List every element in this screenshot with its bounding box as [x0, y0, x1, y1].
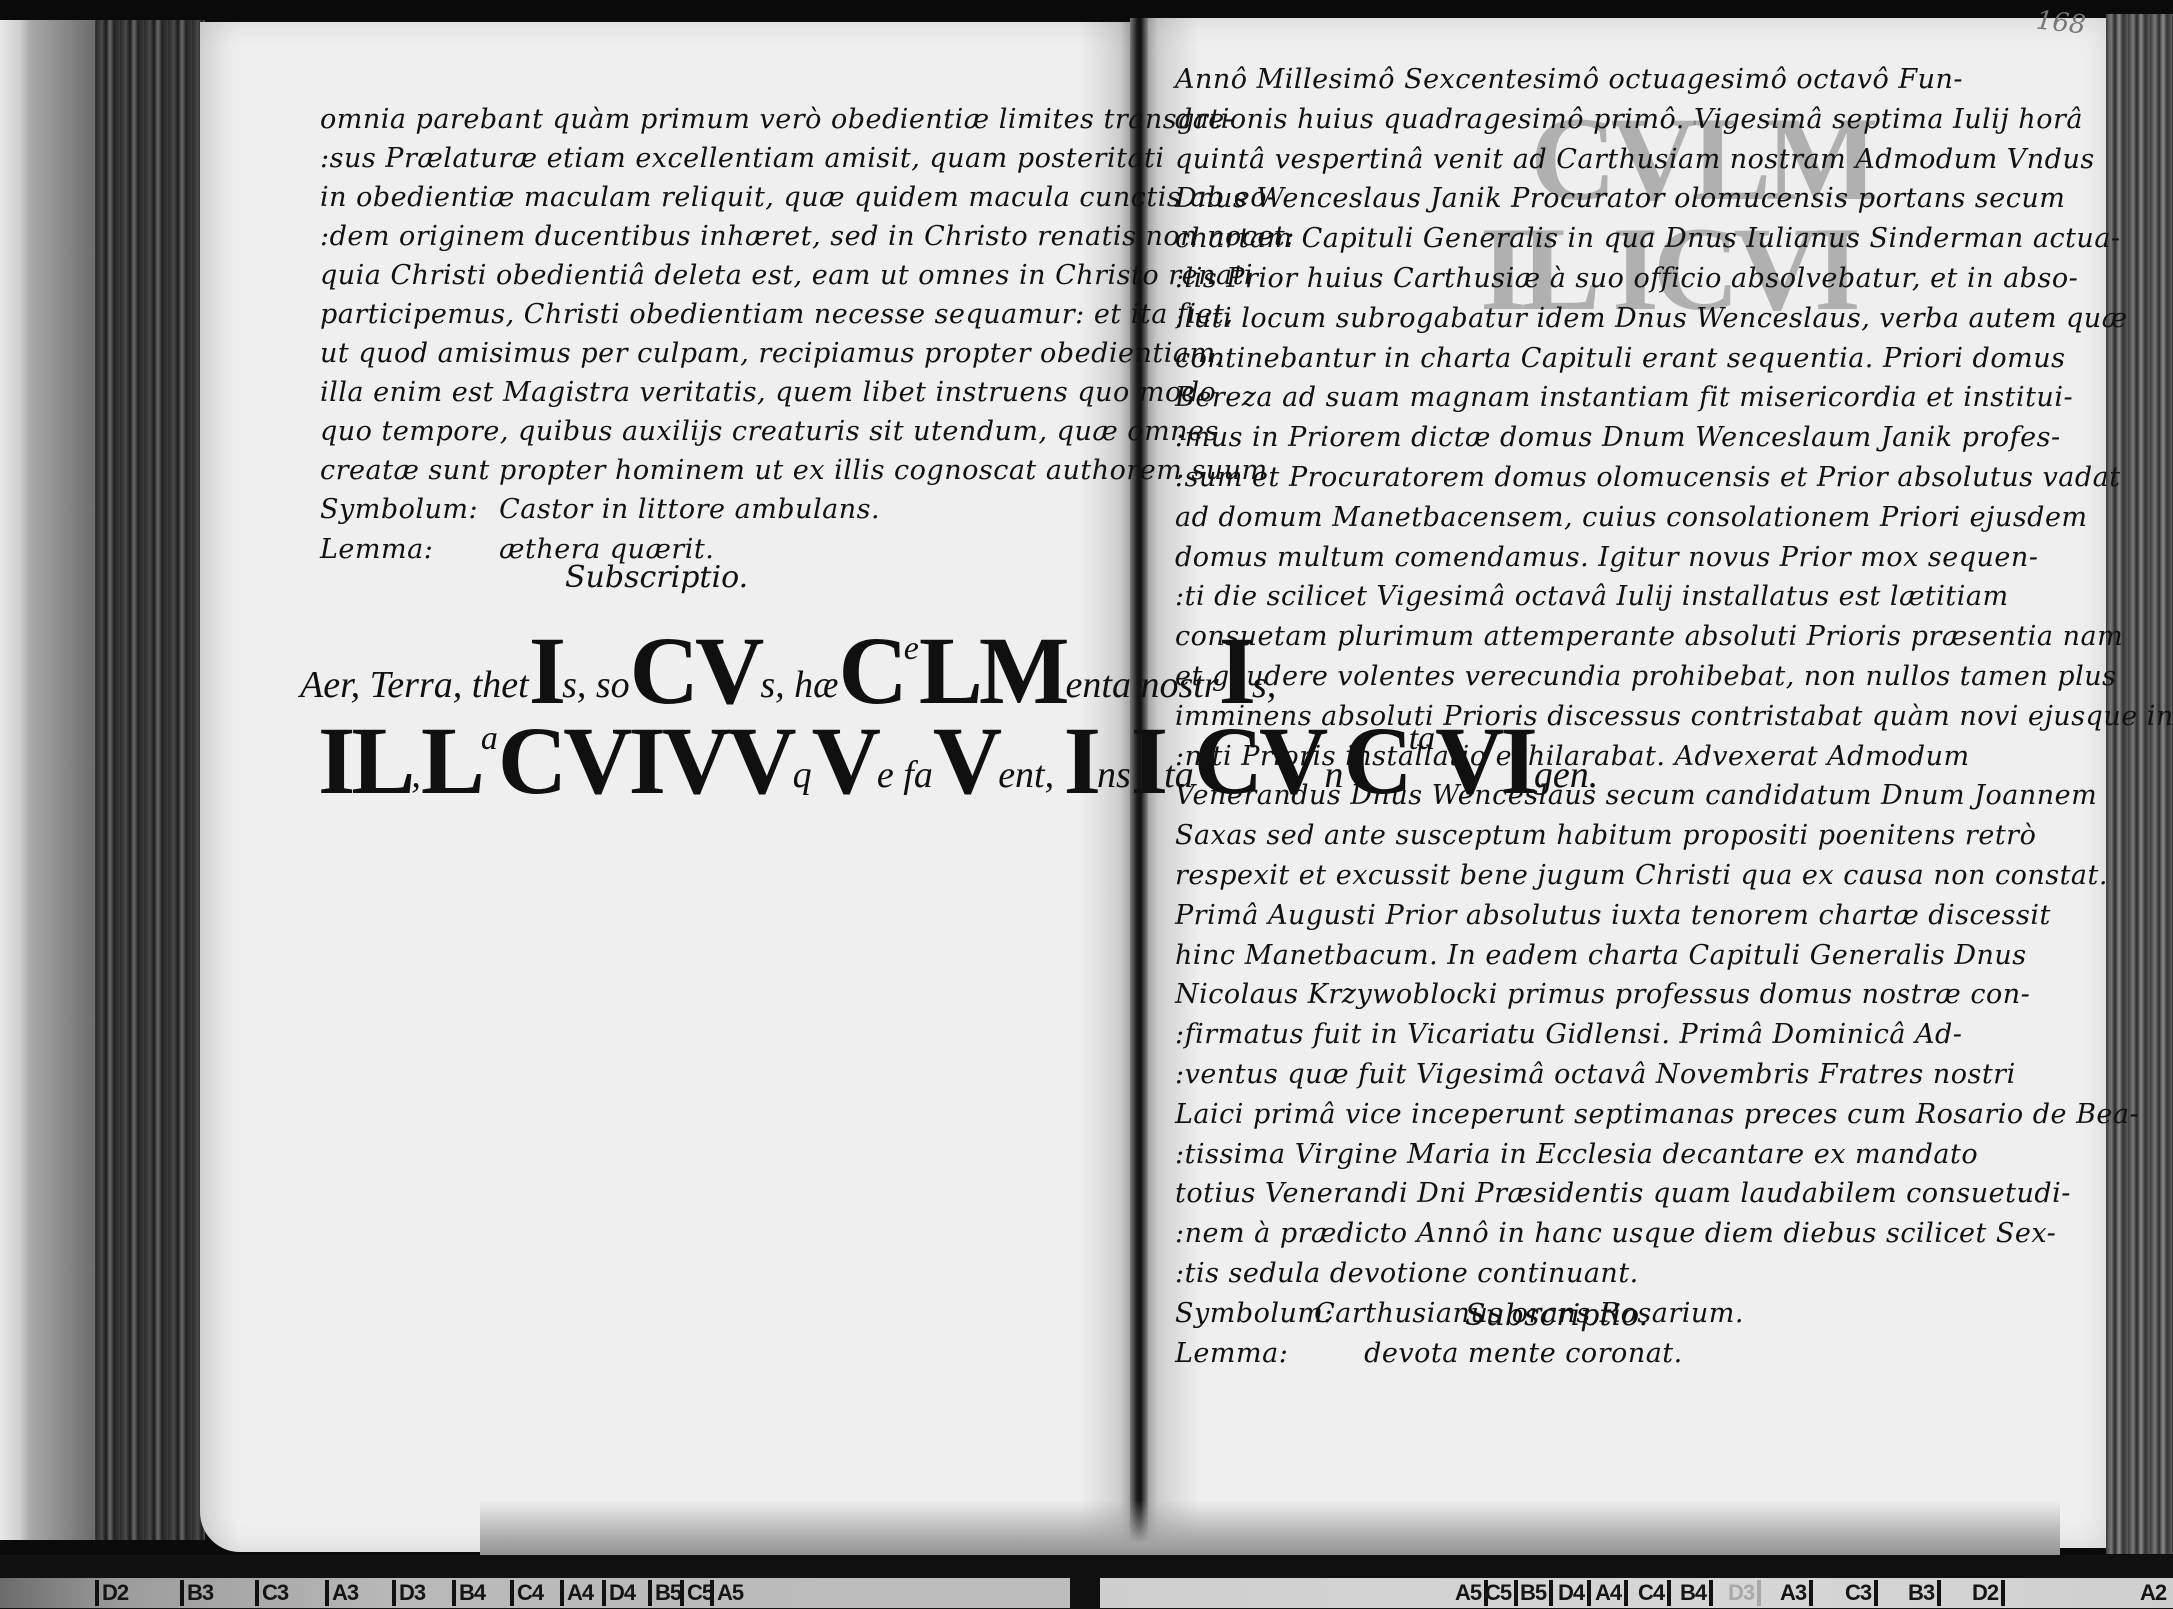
text-line: creatæ sunt propter hominem ut ex illis …	[320, 451, 1140, 490]
text-line: consuetam plurimum attemperante absoluti…	[1175, 617, 2075, 657]
film-index-tab: A3	[1780, 1580, 1813, 1606]
text-line: ut quod amisimus per culpam, recipiamus …	[320, 334, 1140, 373]
text-line: chartam Capituli Generalis in qua Dnus I…	[1175, 219, 2075, 259]
film-index-tab: B5	[648, 1580, 681, 1606]
chrono-part: a	[481, 720, 498, 757]
symbolum-text: Castor in littore ambulans.	[499, 494, 880, 525]
chrono-numeral: IL	[318, 707, 411, 814]
subscriptio-heading: Subscriptio.	[1465, 1298, 1648, 1333]
book-edge-left	[0, 20, 205, 1540]
film-index-tab: B4	[452, 1580, 485, 1606]
film-index-tab: C3	[1845, 1580, 1878, 1606]
text-line: :sus Prælaturæ etiam excellentiam amisit…	[320, 139, 1140, 178]
film-index-tab: C4	[1638, 1580, 1671, 1606]
lemma-label: Lemma:	[1175, 1334, 1355, 1374]
symbolum-label: Symbolum:	[320, 490, 490, 530]
text-line: in obedientiæ maculam reliquit, quæ quid…	[320, 178, 1140, 217]
text-line: :luti locum subrogabatur idem Dnus Wence…	[1175, 299, 2075, 339]
film-index-tab: D4	[602, 1580, 635, 1606]
text-line: respexit et excussit bene jugum Christi …	[1175, 856, 2075, 896]
chrono-part: ,	[411, 754, 421, 796]
chrono-part: e fa	[877, 754, 933, 796]
text-line: quintâ vespertinâ venit ad Carthusiam no…	[1175, 140, 2075, 180]
film-index-tab: D4	[1558, 1580, 1591, 1606]
chrono-numeral: L	[421, 707, 481, 814]
text-line: totius Venerandi Dni Præsidentis quam la…	[1175, 1174, 2075, 1214]
text-line: domus multum comendamus. Igitur novus Pr…	[1175, 538, 2075, 578]
text-line: :sum et Procuratorem domus olomucensis e…	[1175, 458, 2075, 498]
text-line: :niti Prioris installatio exhilarabat. A…	[1175, 737, 2075, 777]
text-line: :ventus quæ fuit Vigesimâ octavâ Novembr…	[1175, 1055, 2075, 1095]
symbolum-label: Symbolum:	[1175, 1294, 1305, 1334]
film-index-tab: C4	[510, 1580, 543, 1606]
chrono-numeral: V	[933, 707, 998, 814]
text-line: quia Christi obedientiâ deleta est, eam …	[320, 256, 1140, 295]
text-line: :ti die scilicet Vigesimâ octavâ Iulij i…	[1175, 577, 2075, 617]
text-line: Saxas sed ante susceptum habitum proposi…	[1175, 816, 2075, 856]
film-index-tab: D3	[392, 1580, 425, 1606]
right-page-text: Annô Millesimô Sexcentesimô octuagesimô …	[1175, 60, 2075, 1374]
film-index-band-right	[1100, 1578, 2173, 1608]
chrono-part: Aer, Terra, thet	[300, 664, 529, 706]
chrono-part: e	[904, 630, 919, 667]
film-index-tab: A2	[2140, 1580, 2169, 1606]
chrono-part: q	[793, 754, 812, 796]
chrono-numeral: I	[1064, 707, 1097, 814]
text-line: ad domum Manetbacensem, cuius consolatio…	[1175, 498, 2075, 538]
chrono-part: s, so	[562, 664, 630, 706]
film-index-tab: C3	[255, 1580, 288, 1606]
chrono-numeral: CVIVV	[498, 707, 793, 814]
text-line: :tissima Virgine Maria in Ecclesia decan…	[1175, 1135, 2075, 1175]
text-line: imminens absoluti Prioris discessus cont…	[1175, 697, 2075, 737]
text-line: omnia parebant quàm primum verò obedient…	[320, 100, 1140, 139]
text-line: :mus in Priorem dictæ domus Dnum Wencesl…	[1175, 418, 2075, 458]
film-index-tab: B4	[1680, 1580, 1713, 1606]
text-line: quo tempore, quibus auxilijs creaturis s…	[320, 412, 1140, 451]
text-line: :nem à prædicto Annô in hanc usque diem …	[1175, 1214, 2075, 1254]
text-line: :firmatus fuit in Vicariatu Gidlensi. Pr…	[1175, 1015, 2075, 1055]
text-line: continebantur in charta Capituli erant s…	[1175, 339, 2075, 379]
film-index-tab: D2	[1972, 1580, 2005, 1606]
page-number: 168	[2035, 5, 2088, 40]
chrono-part: s, hæ	[760, 664, 838, 706]
text-line: Dnus Wenceslaus Janik Procurator olomuce…	[1175, 179, 2075, 219]
film-index-tab: B3	[1908, 1580, 1941, 1606]
text-line: Bereza ad suam magnam instantiam fit mis…	[1175, 378, 2075, 418]
film-index-tab: A3	[325, 1580, 358, 1606]
film-index-tab: D2	[95, 1580, 128, 1606]
film-index-tab: C5	[1485, 1580, 1518, 1606]
text-line: Nicolaus Krzywoblocki primus professus d…	[1175, 975, 2075, 1015]
symbolum-line: Symbolum: Castor in littore ambulans.	[320, 490, 1140, 530]
text-line: participemus, Christi obedientiam necess…	[320, 295, 1140, 334]
chrono-numeral: V	[812, 707, 877, 814]
film-index-tab: A5	[1455, 1580, 1488, 1606]
subscriptio-heading: Subscriptio.	[565, 560, 748, 595]
chrono-part: ent,	[998, 754, 1063, 796]
text-line: hinc Manetbacum. In eadem charta Capitul…	[1175, 936, 2075, 976]
text-line: :lis Prior huius Carthusiæ à suo officio…	[1175, 259, 2075, 299]
film-index-tab: A5	[710, 1580, 743, 1606]
text-line: Primâ Augusti Prior absolutus iuxta teno…	[1175, 896, 2075, 936]
lemma-label: Lemma:	[320, 530, 490, 570]
left-page-text: omnia parebant quàm primum verò obedient…	[320, 100, 1140, 570]
lemma-line: Lemma: devota mente coronat.	[1175, 1334, 2075, 1374]
chrono-part: ns	[1097, 754, 1131, 796]
text-line: dationis huius quadragesimô primô. Viges…	[1175, 100, 2075, 140]
film-index-tab: B5	[1520, 1580, 1553, 1606]
text-line: Venerandus Dnus Wenceslaus secum candida…	[1175, 776, 2075, 816]
film-index-tab: C5	[680, 1580, 713, 1606]
film-index-tab: A4	[560, 1580, 593, 1606]
film-index-tab: B3	[180, 1580, 213, 1606]
text-line: Annô Millesimô Sexcentesimô octuagesimô …	[1175, 60, 2075, 100]
film-index-tab: A4	[1595, 1580, 1628, 1606]
chrono-numeral: I	[1131, 707, 1164, 814]
text-line: illa enim est Magistra veritatis, quem l…	[320, 373, 1140, 412]
text-line: Laici primâ vice inceperunt septimanas p…	[1175, 1095, 2075, 1135]
film-index-tab: D3	[1728, 1580, 1761, 1606]
text-line: :dem originem ducentibus inhæret, sed in…	[320, 217, 1140, 256]
lemma-text: devota mente coronat.	[1364, 1338, 1683, 1369]
text-line: et gaudere volentes verecundia prohibeba…	[1175, 657, 2075, 697]
text-line: :tis sedula devotione continuant.	[1175, 1254, 2075, 1294]
